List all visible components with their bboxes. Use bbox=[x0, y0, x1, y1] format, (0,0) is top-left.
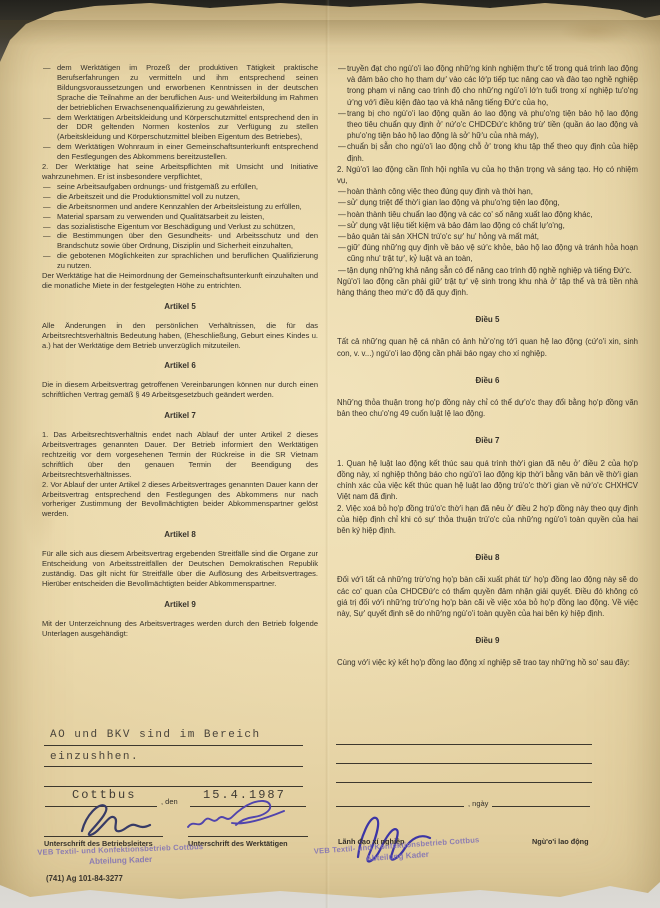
article-paragraph: Die in diesem Arbeitsvertrag getroffenen… bbox=[42, 380, 318, 400]
article-paragraph: Nhữ'ng thỏa thuận trong họ'p đồng này ch… bbox=[337, 397, 638, 419]
list-item-text: hoàn thành công việc theo đúng quy định … bbox=[347, 186, 638, 197]
list-item-text: chuẩn bị sẵn cho ngù'o'i lao động chỗ ở'… bbox=[347, 141, 638, 163]
list-dash: — bbox=[42, 251, 52, 271]
paragraph: 2. Ngù'o'i lao động cần lĩnh hội nghĩa v… bbox=[337, 164, 638, 186]
list-item: —die Bestimmungen über den Gesundheits- … bbox=[42, 231, 318, 251]
list-dash: — bbox=[337, 231, 347, 242]
article-heading: Điều 7 bbox=[337, 435, 638, 446]
list-item: —die Arbeitsnormen und andere Kennzahlen… bbox=[42, 202, 318, 212]
list-item-text: die gebotenen Möglichkeiten zur sprachli… bbox=[57, 251, 318, 271]
signature-line bbox=[44, 836, 163, 837]
list-item: —Material sparsam zu verwenden und Quali… bbox=[42, 212, 318, 222]
list-item-text: truyền đạt cho ngù'o'i lao động nhữ'ng k… bbox=[347, 63, 638, 108]
list-item: —truyền đạt cho ngù'o'i lao động nhữ'ng … bbox=[337, 63, 638, 108]
list-item: —die Arbeitszeit und die Produktionsmitt… bbox=[42, 192, 318, 202]
list-item-text: dem Werktätigen Wohnraum in einer Gemein… bbox=[57, 142, 318, 162]
scanned-contract-photo: —dem Werktätigen im Prozeß der produktiv… bbox=[0, 0, 660, 908]
fill-line bbox=[44, 766, 303, 767]
list-item-text: sử' dụng vật liệu tiết kiệm và bảo đảm l… bbox=[347, 220, 638, 231]
list-item-text: die Arbeitsnormen und andere Kennzahlen … bbox=[57, 202, 318, 212]
typed-entry-line-2: einzushhen. bbox=[50, 751, 139, 763]
list-dash: — bbox=[337, 141, 347, 163]
list-item-text: die Arbeitszeit und die Produktionsmitte… bbox=[57, 192, 318, 202]
list-item: —chuẩn bị sẵn cho ngù'o'i lao động chỗ ở… bbox=[337, 141, 638, 163]
list-dash: — bbox=[42, 63, 52, 113]
article-paragraph: Cùng vớ'i việc ký kết họ'p đồng lao động… bbox=[337, 657, 638, 668]
fill-line bbox=[44, 745, 303, 746]
signature-director bbox=[72, 799, 167, 839]
paragraph: Ngù'o'i lao động cần phải giữ' trật tự' … bbox=[337, 276, 638, 298]
list-item: —bảo quản tài sản XHCN trú'o'c sự' hu' h… bbox=[337, 231, 638, 242]
list-dash: — bbox=[42, 192, 52, 202]
list-item: —sử' dụng triệt để thờ'i gian lao động v… bbox=[337, 197, 638, 208]
list-item-text: giữ' đúng nhữ'ng quy định về bảo vệ sứ'c… bbox=[347, 242, 638, 264]
list-item-text: bảo quản tài sản XHCN trú'o'c sự' hu' hỏ… bbox=[347, 231, 638, 242]
article-heading: Artikel 7 bbox=[42, 411, 318, 421]
list-dash: — bbox=[42, 202, 52, 212]
article-heading: Điều 9 bbox=[337, 635, 638, 646]
article-heading: Artikel 5 bbox=[42, 302, 318, 312]
fill-line bbox=[336, 763, 592, 764]
list-item-text: Material sparsam zu verwenden und Qualit… bbox=[57, 212, 318, 222]
list-dash: — bbox=[42, 212, 52, 222]
article-paragraph: Tất cả nhữ'ng quan hệ cá nhân có ảnh hử'… bbox=[337, 336, 638, 358]
article-heading: Artikel 8 bbox=[42, 530, 318, 540]
list-dash: — bbox=[42, 182, 52, 192]
date-label-vi: , ngày bbox=[468, 799, 488, 808]
fill-line bbox=[336, 744, 592, 745]
article-paragraph: 2. Vor Ablauf der unter Artikel 2 dieses… bbox=[42, 480, 318, 520]
list-item-text: die Bestimmungen über den Gesundheits- u… bbox=[57, 231, 318, 251]
list-dash: — bbox=[42, 222, 52, 232]
article-paragraph: Đối vớ'i tất cả nhữ'ng trừ'o'ng họ'p bàn… bbox=[337, 574, 638, 619]
list-item: —tận dụng nhữ'ng khả năng sẵn có để nâng… bbox=[337, 265, 638, 276]
list-item: —die gebotenen Möglichkeiten zur sprachl… bbox=[42, 251, 318, 271]
list-dash: — bbox=[337, 186, 347, 197]
list-dash: — bbox=[42, 113, 52, 143]
list-item-text: tận dụng nhữ'ng khả năng sẵn có để nâng … bbox=[347, 265, 638, 276]
article-heading: Artikel 9 bbox=[42, 600, 318, 610]
article-paragraph: 1. Quan hệ luật lao động kết thúc sau qu… bbox=[337, 458, 638, 503]
list-item-text: dem Werktätigen Arbeitskleidung und Körp… bbox=[57, 113, 318, 143]
paragraph: 2. Der Werktätige hat seine Arbeitspflic… bbox=[42, 162, 318, 182]
list-item: —dem Werktätigen Arbeitskleidung und Kör… bbox=[42, 113, 318, 143]
list-dash: — bbox=[337, 265, 347, 276]
article-paragraph: Mit der Unterzeichnung des Arbeitsvertra… bbox=[42, 619, 318, 639]
article-paragraph: 2. Việc xoá bỏ họ'p đồng trú'o'c thờ'i h… bbox=[337, 503, 638, 537]
signature-worker bbox=[182, 797, 290, 841]
list-item: —trang bị cho ngù'o'i lao động quần áo l… bbox=[337, 108, 638, 142]
list-dash: — bbox=[42, 231, 52, 251]
list-item: —sử' dụng vật liệu tiết kiệm và bảo đảm … bbox=[337, 220, 638, 231]
article-heading: Artikel 6 bbox=[42, 361, 318, 371]
fill-line bbox=[336, 782, 592, 783]
article-paragraph: 1. Das Arbeitsrechtsverhältnis endet nac… bbox=[42, 430, 318, 480]
vietnamese-column: —truyền đạt cho ngù'o'i lao động nhữ'ng … bbox=[337, 63, 638, 669]
list-item-text: hoàn thành tiêu chuẩn lao động và các co… bbox=[347, 209, 638, 220]
list-item: —das sozialistische Eigentum vor Beschäd… bbox=[42, 222, 318, 232]
print-code: (741) Ag 101-84-3277 bbox=[46, 874, 123, 883]
list-dash: — bbox=[337, 220, 347, 231]
signature-line bbox=[188, 836, 308, 837]
date-line-vi bbox=[492, 806, 590, 807]
list-item: —dem Werktätigen Wohnraum in einer Gemei… bbox=[42, 142, 318, 162]
list-dash: — bbox=[42, 142, 52, 162]
article-heading: Điều 5 bbox=[337, 314, 638, 325]
paper-stain bbox=[560, 18, 630, 44]
signature-label-employee: Ngù'o'i lao động bbox=[532, 837, 589, 846]
list-item: —hoàn thành công việc theo đúng quy định… bbox=[337, 186, 638, 197]
list-item-text: das sozialistische Eigentum vor Beschädi… bbox=[57, 222, 318, 232]
list-item: —giữ' đúng nhữ'ng quy định về bảo vệ sứ'… bbox=[337, 242, 638, 264]
article-paragraph: Alle Änderungen in den persönlichen Verh… bbox=[42, 321, 318, 351]
german-column: —dem Werktätigen im Prozeß der produktiv… bbox=[42, 63, 318, 639]
list-dash: — bbox=[337, 197, 347, 208]
paragraph: Der Werktätige hat die Heimordnung der G… bbox=[42, 271, 318, 291]
list-item-text: sử' dụng triệt để thờ'i gian lao động và… bbox=[347, 197, 638, 208]
list-item: —hoàn thành tiêu chuẩn lao động và các c… bbox=[337, 209, 638, 220]
list-item-text: dem Werktätigen im Prozeß der produktive… bbox=[57, 63, 318, 113]
list-item-text: seine Arbeitsaufgaben ordnungs- und fris… bbox=[57, 182, 318, 192]
list-dash: — bbox=[337, 209, 347, 220]
article-heading: Điều 8 bbox=[337, 552, 638, 563]
list-item: —seine Arbeitsaufgaben ordnungs- und fri… bbox=[42, 182, 318, 192]
list-item: —dem Werktätigen im Prozeß der produktiv… bbox=[42, 63, 318, 113]
list-dash: — bbox=[337, 108, 347, 142]
paper-crease bbox=[325, 0, 330, 908]
list-dash: — bbox=[337, 63, 347, 108]
typed-entry-line-1: AO und BKV sind im Bereich bbox=[50, 729, 261, 741]
fill-line bbox=[44, 786, 303, 787]
list-item-text: trang bị cho ngù'o'i lao động quần áo la… bbox=[347, 108, 638, 142]
list-dash: — bbox=[337, 242, 347, 264]
article-heading: Điều 6 bbox=[337, 375, 638, 386]
article-paragraph: Für alle sich aus diesem Arbeitsvertrag … bbox=[42, 549, 318, 589]
